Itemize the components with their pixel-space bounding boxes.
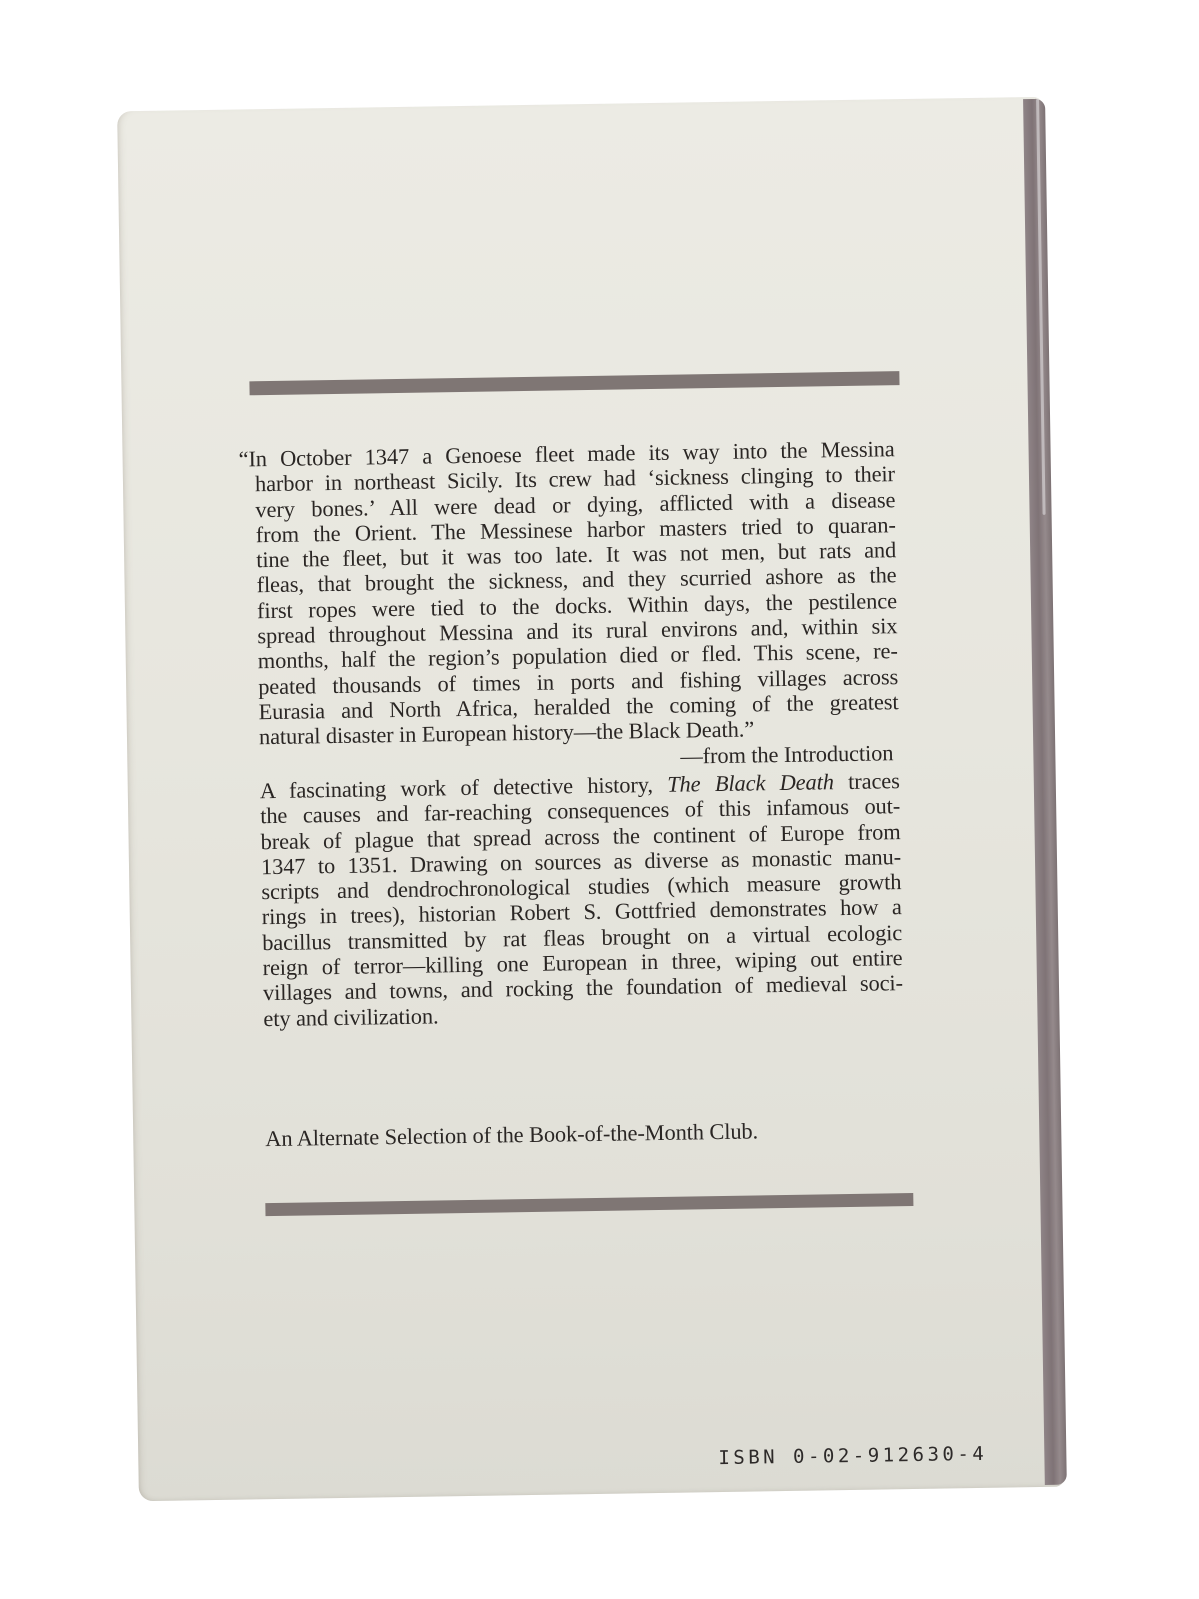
book-description: A fascinating work of detective history,… <box>260 768 904 1031</box>
book-back-cover: “In October 1347 a Genoese fleet made it… <box>117 97 1065 1501</box>
spine-gloss-highlight <box>1036 99 1046 515</box>
introduction-quote: “In October 1347 a Genoese fleet made it… <box>254 436 899 775</box>
book-spine-edge <box>1023 99 1067 1485</box>
book-club-note: An Alternate Selection of the Book-of-th… <box>265 1116 905 1151</box>
bottom-divider-rule <box>265 1193 913 1216</box>
cover-content: “In October 1347 a Genoese fleet made it… <box>245 99 917 1499</box>
top-divider-rule <box>249 371 899 395</box>
book-title-italic: The Black Death <box>667 769 834 797</box>
isbn-number: ISBN 0-02-912630-4 <box>718 1443 987 1469</box>
